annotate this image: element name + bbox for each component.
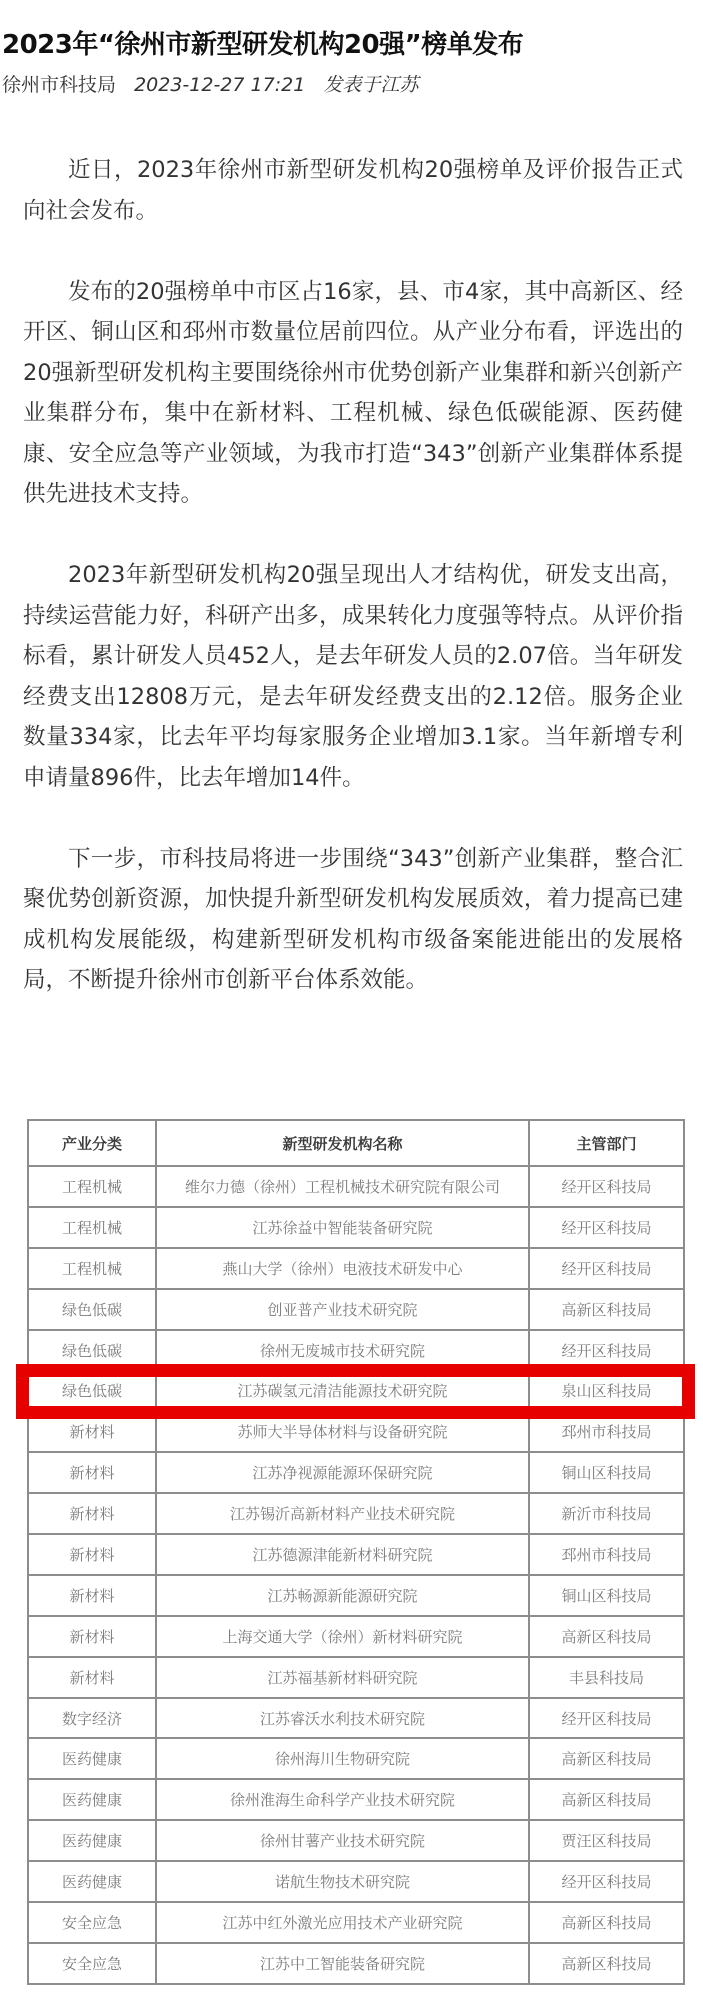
cell-institution: 江苏睿沃水利技术研究院	[156, 1698, 529, 1739]
table-row: 新材料江苏锡沂高新材料产业技术研究院新沂市科技局	[28, 1493, 684, 1534]
cell-industry: 医药健康	[28, 1779, 156, 1820]
table-row: 新材料江苏净视源能源环保研究院铜山区科技局	[28, 1452, 684, 1493]
cell-industry: 新材料	[28, 1534, 156, 1575]
table-row: 医药健康徐州海川生物研究院高新区科技局	[28, 1738, 684, 1779]
cell-industry: 新材料	[28, 1657, 156, 1698]
author-link[interactable]: 徐州市科技局	[2, 74, 116, 96]
table-row: 新材料上海交通大学（徐州）新材料研究院高新区科技局	[28, 1616, 684, 1657]
cell-department: 经开区科技局	[529, 1166, 684, 1207]
cell-department: 高新区科技局	[529, 1738, 684, 1779]
table-row: 绿色低碳创亚普产业技术研究院高新区科技局	[28, 1289, 684, 1330]
cell-institution: 徐州淮海生命科学产业技术研究院	[156, 1779, 529, 1820]
publish-datetime: 2023-12-27 17:21	[134, 74, 305, 96]
cell-industry: 医药健康	[28, 1820, 156, 1861]
header-institution: 新型研发机构名称	[156, 1120, 529, 1166]
cell-institution: 江苏徐益中智能装备研究院	[156, 1207, 529, 1248]
cell-department: 高新区科技局	[529, 1289, 684, 1330]
table-row: 数字经济江苏睿沃水利技术研究院经开区科技局	[28, 1698, 684, 1739]
cell-industry: 新材料	[28, 1493, 156, 1534]
cell-institution: 江苏净视源能源环保研究院	[156, 1452, 529, 1493]
cell-department: 经开区科技局	[529, 1330, 684, 1371]
table-row: 新材料江苏德源津能新材料研究院邳州市科技局	[28, 1534, 684, 1575]
cell-department: 高新区科技局	[529, 1779, 684, 1820]
cell-industry: 工程机械	[28, 1166, 156, 1207]
cell-industry: 新材料	[28, 1575, 156, 1616]
cell-institution: 维尔力德（徐州）工程机械技术研究院有限公司	[156, 1166, 529, 1207]
cell-department: 高新区科技局	[529, 1616, 684, 1657]
cell-department: 铜山区科技局	[529, 1452, 684, 1493]
cell-institution: 徐州甘薯产业技术研究院	[156, 1820, 529, 1861]
paragraph-indicators: 2023年新型研发机构20强呈现出人才结构优，研发支出高，持续运营能力好，科研产…	[23, 555, 683, 798]
cell-institution: 江苏中工智能装备研究院	[156, 1943, 529, 1984]
cell-industry: 医药健康	[28, 1861, 156, 1902]
cell-institution: 徐州无废城市技术研究院	[156, 1330, 529, 1371]
header-department: 主管部门	[529, 1120, 684, 1166]
table-header-row: 产业分类 新型研发机构名称 主管部门	[28, 1120, 684, 1166]
cell-institution: 江苏碳氢元清洁能源技术研究院	[156, 1370, 529, 1411]
table-row: 绿色低碳徐州无废城市技术研究院经开区科技局	[28, 1330, 684, 1371]
table-row: 工程机械燕山大学（徐州）电液技术研发中心经开区科技局	[28, 1248, 684, 1289]
table-row: 工程机械维尔力德（徐州）工程机械技术研究院有限公司经开区科技局	[28, 1166, 684, 1207]
article-body: 近日，2023年徐州市新型研发机构20强榜单及评价报告正式向社会发布。 发布的2…	[23, 150, 683, 1041]
cell-industry: 安全应急	[28, 1943, 156, 1984]
table-row: 绿色低碳江苏碳氢元清洁能源技术研究院泉山区科技局	[28, 1370, 684, 1411]
paragraph-distribution: 发布的20强榜单中市区占16家，县、市4家，其中高新区、经开区、铜山区和邳州市数…	[23, 272, 683, 515]
table-row: 安全应急江苏中工智能装备研究院高新区科技局	[28, 1943, 684, 1984]
table-row: 安全应急江苏中红外激光应用技术产业研究院高新区科技局	[28, 1902, 684, 1943]
cell-department: 邳州市科技局	[529, 1411, 684, 1452]
cell-industry: 工程机械	[28, 1248, 156, 1289]
cell-institution: 江苏锡沂高新材料产业技术研究院	[156, 1493, 529, 1534]
publish-location: 发表于江苏	[323, 74, 418, 96]
cell-industry: 绿色低碳	[28, 1289, 156, 1330]
cell-department: 丰县科技局	[529, 1657, 684, 1698]
cell-industry: 绿色低碳	[28, 1370, 156, 1411]
cell-department: 邳州市科技局	[529, 1534, 684, 1575]
cell-institution: 江苏德源津能新材料研究院	[156, 1534, 529, 1575]
cell-institution: 徐州海川生物研究院	[156, 1738, 529, 1779]
ranking-table: 产业分类 新型研发机构名称 主管部门 工程机械维尔力德（徐州）工程机械技术研究院…	[27, 1119, 685, 1985]
table-row: 医药健康诺航生物技术研究院经开区科技局	[28, 1861, 684, 1902]
cell-department: 新沂市科技局	[529, 1493, 684, 1534]
table-row: 新材料苏师大半导体材料与设备研究院邳州市科技局	[28, 1411, 684, 1452]
cell-department: 高新区科技局	[529, 1902, 684, 1943]
cell-industry: 工程机械	[28, 1207, 156, 1248]
table-body: 工程机械维尔力德（徐州）工程机械技术研究院有限公司经开区科技局工程机械江苏徐益中…	[28, 1166, 684, 1984]
cell-industry: 安全应急	[28, 1902, 156, 1943]
article-meta: 徐州市科技局 2023-12-27 17:21 发表于江苏	[2, 70, 430, 100]
cell-industry: 绿色低碳	[28, 1330, 156, 1371]
cell-institution: 江苏中红外激光应用技术产业研究院	[156, 1902, 529, 1943]
cell-industry: 数字经济	[28, 1698, 156, 1739]
cell-department: 铜山区科技局	[529, 1575, 684, 1616]
cell-industry: 新材料	[28, 1452, 156, 1493]
cell-institution: 苏师大半导体材料与设备研究院	[156, 1411, 529, 1452]
cell-industry: 医药健康	[28, 1738, 156, 1779]
cell-institution: 创亚普产业技术研究院	[156, 1289, 529, 1330]
paragraph-intro: 近日，2023年徐州市新型研发机构20强榜单及评价报告正式向社会发布。	[23, 150, 683, 231]
cell-industry: 新材料	[28, 1411, 156, 1452]
cell-department: 泉山区科技局	[529, 1370, 684, 1411]
table-row: 新材料江苏福基新材料研究院丰县科技局	[28, 1657, 684, 1698]
cell-institution: 上海交通大学（徐州）新材料研究院	[156, 1616, 529, 1657]
paragraph-next-steps: 下一步，市科技局将进一步围绕“343”创新产业集群，整合汇聚优势创新资源，加快提…	[23, 839, 683, 1001]
cell-institution: 诺航生物技术研究院	[156, 1861, 529, 1902]
table-row: 医药健康徐州甘薯产业技术研究院贾汪区科技局	[28, 1820, 684, 1861]
table-row: 医药健康徐州淮海生命科学产业技术研究院高新区科技局	[28, 1779, 684, 1820]
cell-department: 高新区科技局	[529, 1943, 684, 1984]
ranking-table-image: 产业分类 新型研发机构名称 主管部门 工程机械维尔力德（徐州）工程机械技术研究院…	[27, 1119, 683, 1985]
cell-department: 经开区科技局	[529, 1207, 684, 1248]
cell-department: 经开区科技局	[529, 1698, 684, 1739]
cell-institution: 燕山大学（徐州）电液技术研发中心	[156, 1248, 529, 1289]
header-industry: 产业分类	[28, 1120, 156, 1166]
cell-industry: 新材料	[28, 1616, 156, 1657]
article-title: 2023年“徐州市新型研发机构20强”榜单发布	[2, 25, 702, 65]
table-row: 新材料江苏畅源新能源研究院铜山区科技局	[28, 1575, 684, 1616]
table-row: 工程机械江苏徐益中智能装备研究院经开区科技局	[28, 1207, 684, 1248]
cell-institution: 江苏畅源新能源研究院	[156, 1575, 529, 1616]
cell-institution: 江苏福基新材料研究院	[156, 1657, 529, 1698]
cell-department: 经开区科技局	[529, 1861, 684, 1902]
cell-department: 贾汪区科技局	[529, 1820, 684, 1861]
cell-department: 经开区科技局	[529, 1248, 684, 1289]
